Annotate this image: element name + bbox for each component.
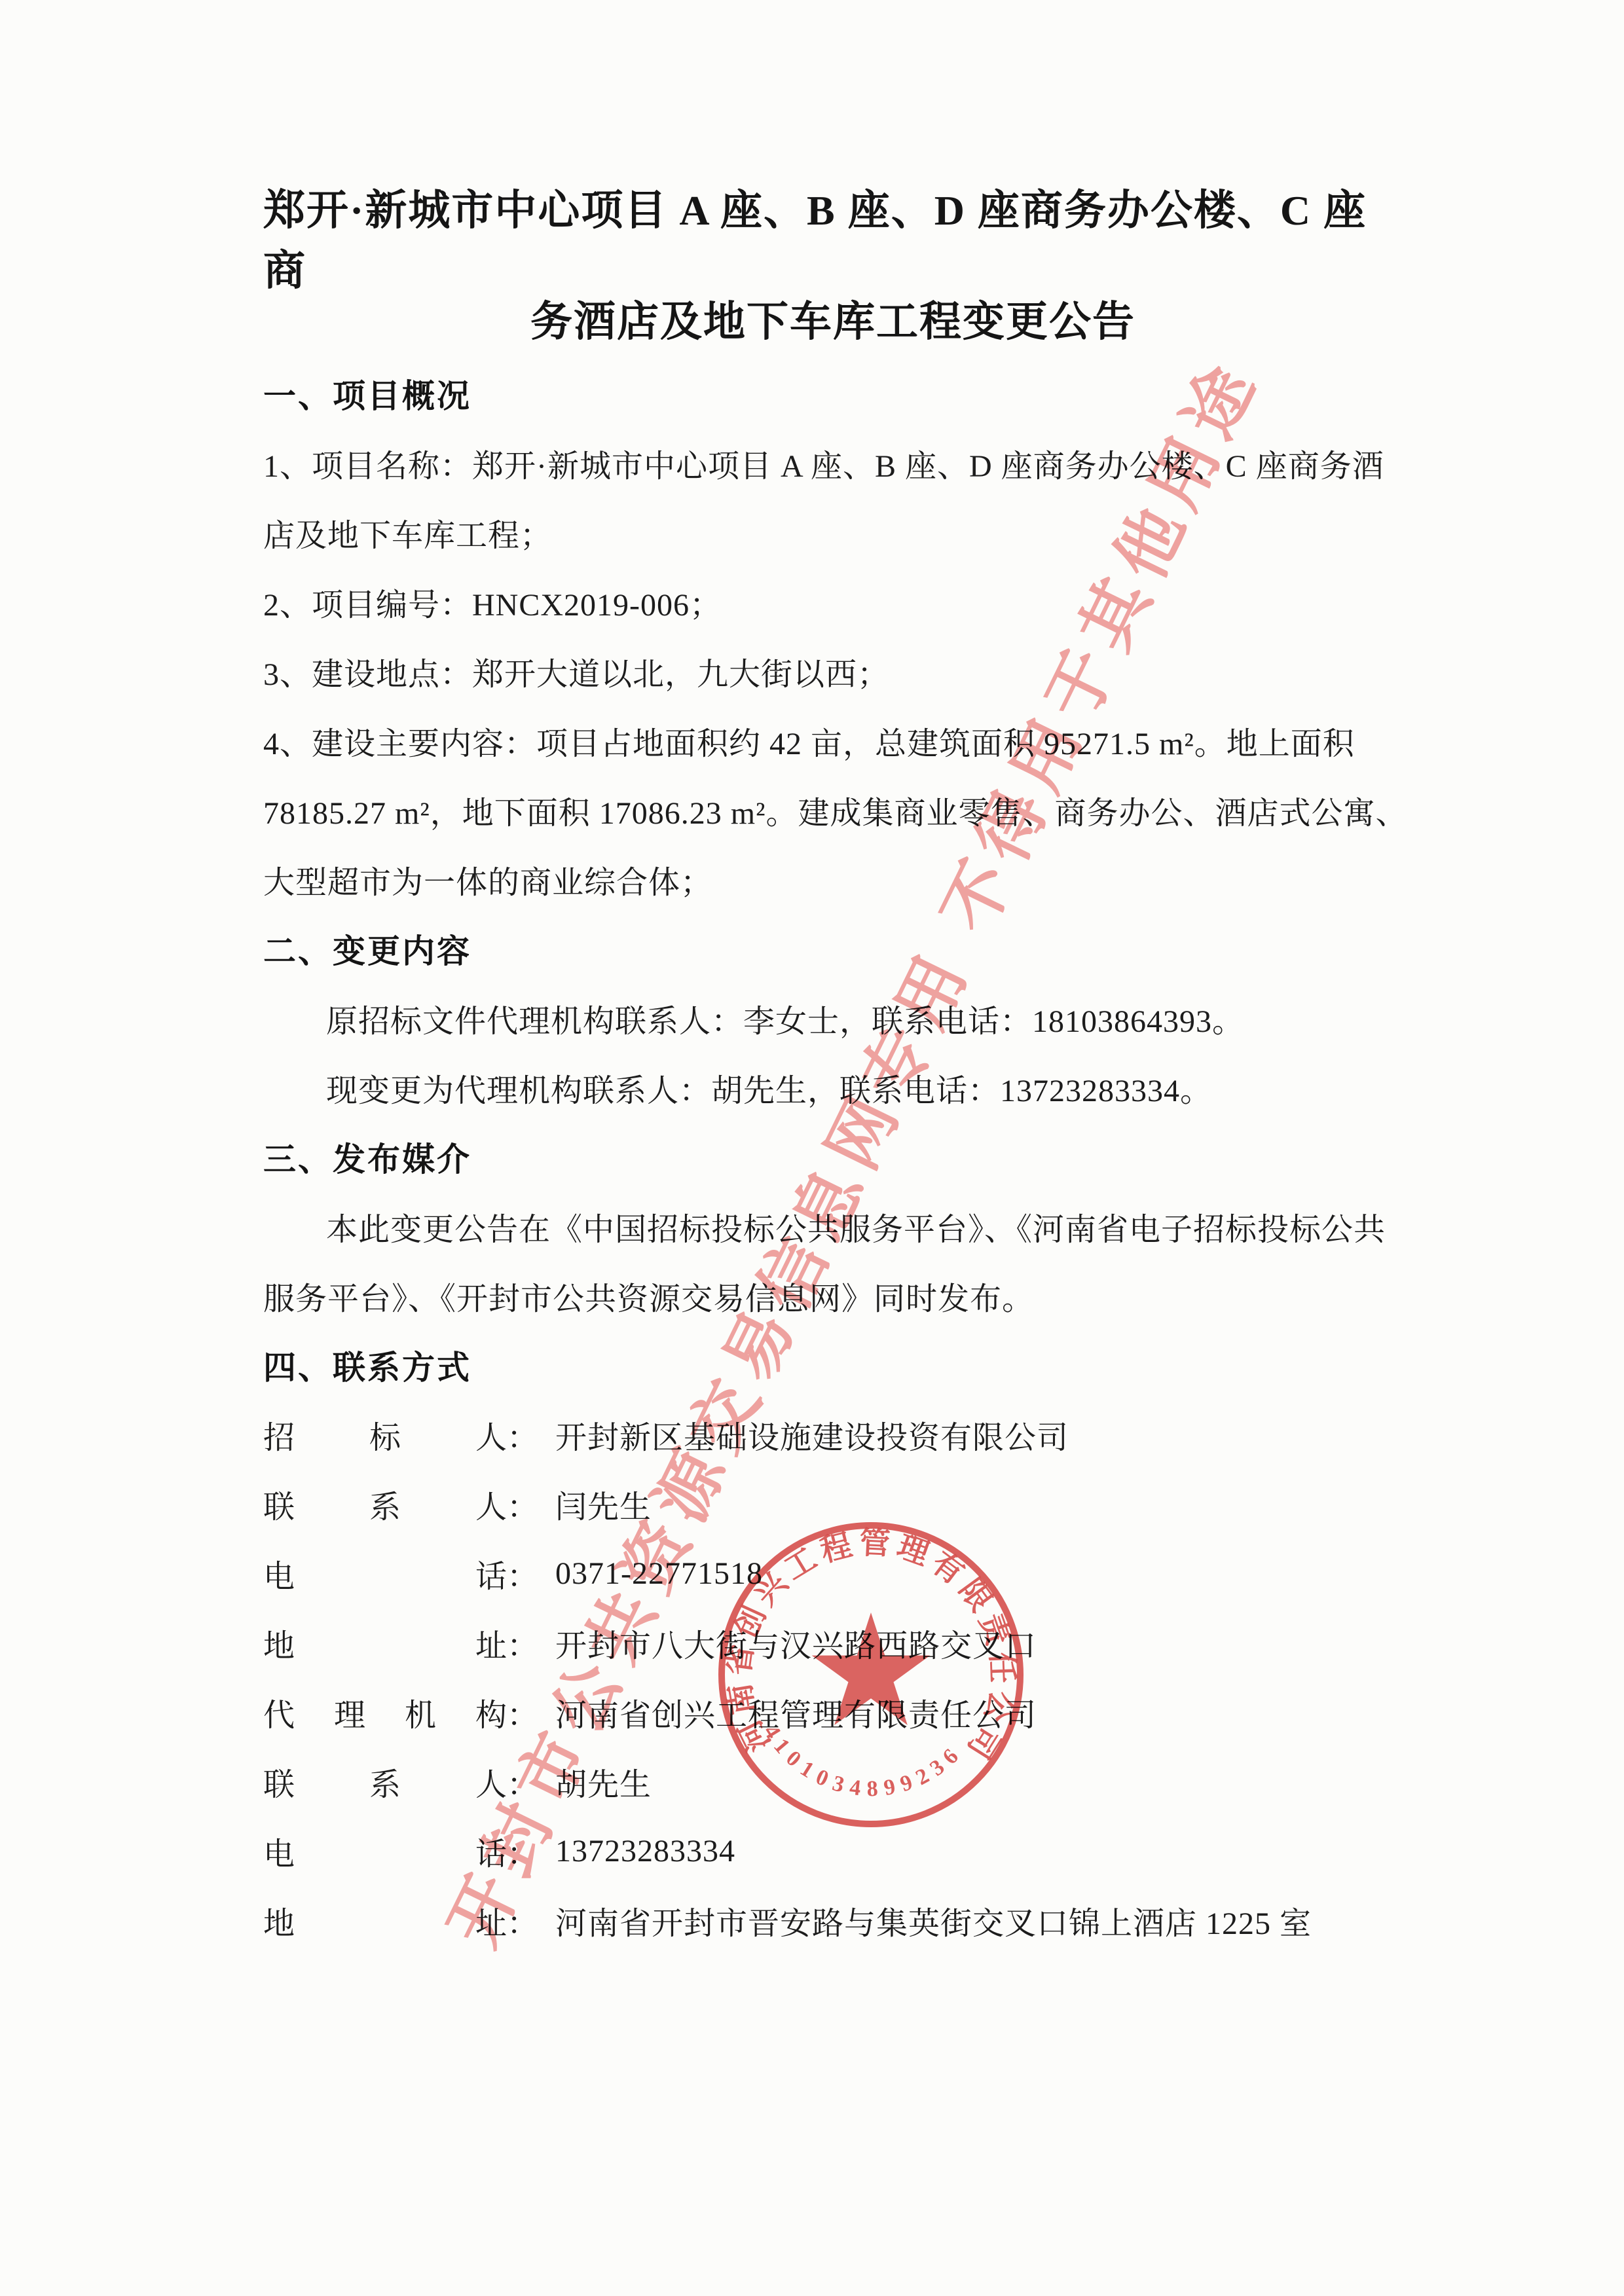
doc-line: 78185.27 m²，地下面积 17086.23 m²。建成集商业零售、商务办… — [263, 775, 1403, 845]
contact-value: 胡先生 — [555, 1759, 652, 1804]
contact-label: 联系人 — [263, 1482, 507, 1527]
doc-line: 1、项目名称：郑开·新城市中心项目 A 座、B 座、D 座商务办公楼、C 座商务… — [263, 428, 1403, 498]
doc-line: 4、建设主要内容：项目占地面积约 42 亩，总建筑面积 95271.5 m²。地… — [263, 706, 1403, 775]
contact-colon: ： — [507, 1829, 538, 1874]
contact-row-contact-person-2: 联系人：胡先生 — [263, 1747, 1403, 1816]
document-body: 郑开·新城市中心项目 A 座、B 座、D 座商务办公楼、C 座商 务酒店及地下车… — [263, 196, 1403, 1955]
doc-line: 店及地下车库工程； — [263, 498, 1403, 567]
contact-value: 河南省创兴工程管理有限责任公司 — [555, 1690, 1037, 1735]
contact-label: 电话 — [263, 1551, 507, 1596]
contact-row-tenderee: 招标人：开封新区基础设施建设投资有限公司 — [263, 1400, 1403, 1469]
contact-row-agency: 代理机构：河南省创兴工程管理有限责任公司 — [263, 1677, 1403, 1747]
contact-label: 代理机构 — [263, 1690, 507, 1735]
doc-line: 本此变更公告在《中国招标投标公共服务平台》、《河南省电子招标投标公共 — [263, 1192, 1403, 1261]
contact-row-address-1: 地址：开封市八大街与汉兴路西路交叉口 — [263, 1608, 1403, 1677]
contact-colon: ： — [507, 1759, 538, 1804]
contact-label: 电话 — [263, 1829, 507, 1874]
doc-line: 大型超市为一体的商业综合体； — [263, 845, 1403, 914]
doc-line: 服务平台》、《开封市公共资源交易信息网》同时发布。 — [263, 1261, 1403, 1330]
section-heading-change-content: 二、变更内容 — [263, 914, 1403, 983]
contact-value: 开封市八大街与汉兴路西路交叉口 — [555, 1620, 1037, 1666]
contact-row-address-2: 地址：河南省开封市晋安路与集英街交叉口锦上酒店 1225 室 — [263, 1886, 1403, 1955]
contact-colon: ： — [507, 1412, 538, 1457]
section-heading-contact-info: 四、联系方式 — [263, 1330, 1403, 1400]
contact-row-phone-1: 电话：0371-22771518 — [263, 1539, 1403, 1608]
doc-line: 2、项目编号：HNCX2019-006； — [263, 567, 1403, 636]
contact-colon: ： — [507, 1690, 538, 1735]
contact-colon: ： — [507, 1898, 538, 1943]
contact-value: 闫先生 — [555, 1482, 652, 1527]
contact-colon: ： — [507, 1551, 538, 1596]
contact-label: 地址 — [263, 1898, 507, 1943]
contact-colon: ： — [507, 1620, 538, 1666]
contact-colon: ： — [507, 1482, 538, 1527]
contact-label: 招标人 — [263, 1412, 507, 1457]
contact-value: 河南省开封市晋安路与集英街交叉口锦上酒店 1225 室 — [555, 1898, 1312, 1943]
document-title-line1: 郑开·新城市中心项目 A 座、B 座、D 座商务办公楼、C 座商 — [263, 196, 1403, 278]
contact-row-phone-2: 电话：13723283334 — [263, 1816, 1403, 1886]
contact-value: 0371-22771518 — [555, 1556, 763, 1592]
contact-value: 13723283334 — [555, 1833, 735, 1869]
contact-label: 联系人 — [263, 1759, 507, 1804]
section-heading-project-overview: 一、项目概况 — [263, 359, 1403, 428]
doc-line: 现变更为代理机构联系人：胡先生，联系电话：13723283334。 — [263, 1053, 1403, 1122]
contact-label: 地址 — [263, 1620, 507, 1666]
contact-row-contact-person-1: 联系人：闫先生 — [263, 1469, 1403, 1539]
scanned-document-page: 郑开·新城市中心项目 A 座、B 座、D 座商务办公楼、C 座商 务酒店及地下车… — [0, 0, 1624, 2296]
doc-line: 3、建设地点：郑开大道以北，九大街以西； — [263, 636, 1403, 706]
doc-line: 原招标文件代理机构联系人：李女士，联系电话：18103864393。 — [263, 983, 1403, 1053]
section-heading-publish-media: 三、发布媒介 — [263, 1122, 1403, 1192]
contact-value: 开封新区基础设施建设投资有限公司 — [555, 1412, 1069, 1457]
